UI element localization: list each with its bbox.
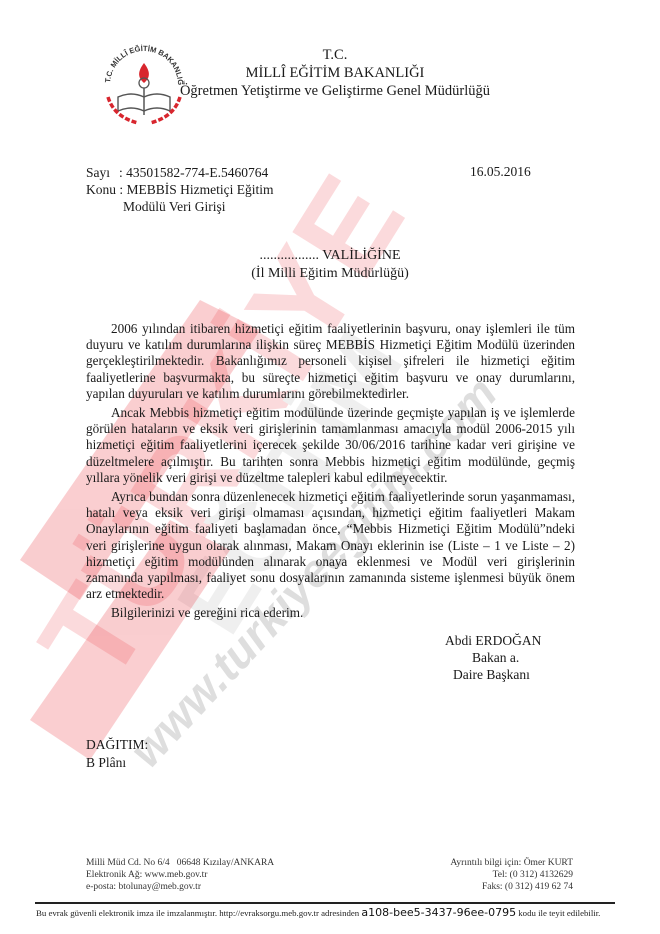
distribution-label: DAĞITIM: — [86, 737, 148, 753]
footer-right: Ayrıntılı bilgi için: Ömer KURT Tel: (0 … — [400, 857, 573, 893]
signatory-name: Abdi ERDOĞAN — [445, 632, 541, 649]
footer-tel: Tel: (0 312) 4132629 — [400, 869, 573, 881]
footer-divider — [35, 902, 615, 904]
signatory-title-2: Daire Başkanı — [453, 666, 530, 683]
body-paragraph-closing: Bilgilerinizi ve gereğini rica ederim. — [86, 605, 575, 621]
konu-value: MEBBİS Hizmetiçi Eğitim — [127, 182, 274, 197]
e-signature-verification: Bu evrak güvenli elektronik imza ile imz… — [36, 906, 626, 919]
addressee: ................. VALİLİĞİNE — [210, 247, 450, 265]
konu-value-continued: Modülü Veri Girişi — [123, 198, 226, 215]
header-ministry: MİLLÎ EĞİTİM BAKANLIĞI — [190, 64, 480, 82]
addressee-subtitle: (İl Milli Eğitim Müdürlüğü) — [210, 265, 450, 283]
verify-code: a108-bee5-3437-96ee-0795 — [361, 906, 516, 919]
distribution-value: B Plânı — [86, 755, 126, 771]
ministry-logo-icon: T.C. MİLLÎ EĞİTİM BAKANLIĞI — [100, 33, 188, 128]
footer-web[interactable]: Elektronik Ağ: www.meb.gov.tr — [86, 869, 274, 881]
footer-contact: Ayrıntılı bilgi için: Ömer KURT — [400, 857, 573, 869]
footer-left: Milli Müd Cd. No 6/4 06648 Kızılay/ANKAR… — [86, 857, 274, 893]
body-paragraph: Ancak Mebbis hizmetiçi eğitim modülünde … — [86, 405, 575, 486]
footer-address: Milli Müd Cd. No 6/4 06648 Kızılay/ANKAR… — [86, 857, 274, 869]
konu-line: Konu : MEBBİS Hizmetiçi Eğitim — [86, 181, 274, 198]
verify-suffix: kodu ile teyit edilebilir. — [518, 908, 600, 918]
header-tc: T.C. — [190, 46, 480, 64]
sayi-label: Sayı — [86, 165, 110, 180]
header-directorate: Öğretmen Yetiştirme ve Geliştirme Genel … — [170, 82, 500, 100]
signatory-title-1: Bakan a. — [472, 649, 519, 666]
body-paragraph: 2006 yılından itibaren hizmetiçi eğitim … — [86, 321, 575, 402]
sayi-value: 43501582-774-E.5460764 — [126, 165, 268, 180]
official-letter: T.C. MİLLÎ EĞİTİM BAKANLIĞI T.C. MİLLÎ E… — [0, 0, 660, 934]
footer-email[interactable]: e-posta: btolunay@meb.gov.tr — [86, 881, 274, 893]
konu-label: Konu — [86, 182, 116, 197]
verify-prefix: Bu evrak güvenli elektronik imza ile imz… — [36, 908, 359, 918]
footer-fax: Faks: (0 312) 419 62 74 — [400, 881, 573, 893]
letter-body: 2006 yılından itibaren hizmetiçi eğitim … — [86, 321, 575, 625]
sayi-line: Sayı: 43501582-774-E.5460764 — [86, 164, 268, 181]
body-paragraph: Ayrıca bundan sonra düzenlenecek hizmeti… — [86, 489, 575, 602]
document-date: 16.05.2016 — [470, 164, 531, 180]
